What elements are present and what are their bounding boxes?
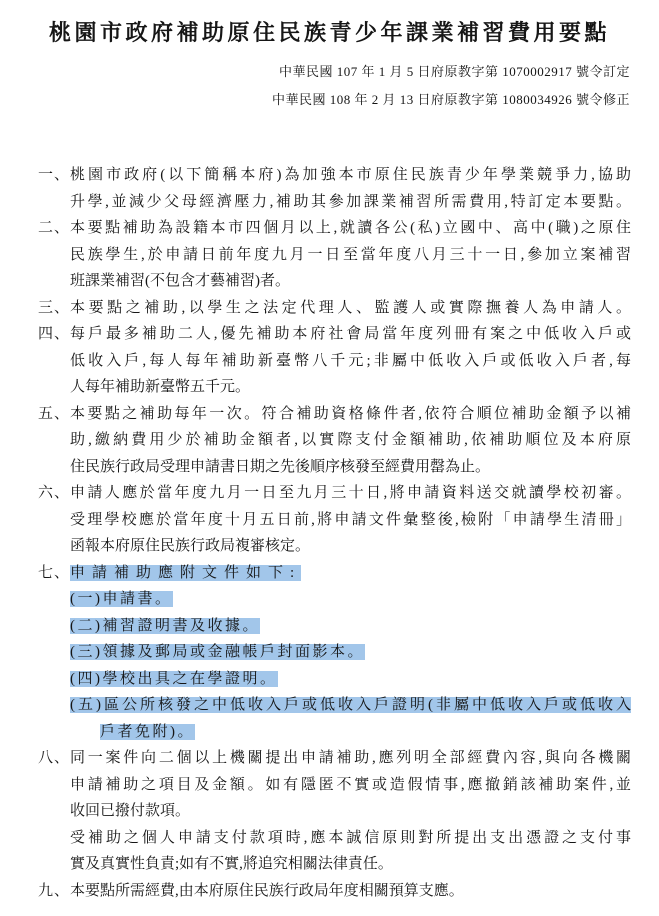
item-lines: 申請補助應附文件如下:(一)申請書。(二)補習證明書及收據。(三)領據及郵局或金… (70, 560, 631, 746)
regulation-item: 九、本要點所需經費,由本府原住民族行政局年度相關預算支應。 (38, 878, 631, 905)
item-number: 七、 (38, 560, 70, 746)
text-line: 每戶最多補助二人,優先補助本府社會局當年度列冊有案之中低收入戶或 (70, 321, 631, 348)
text-line: 申請補助應附文件如下: (70, 560, 631, 587)
text-line: 本要點補助為設籍本市四個月以上,就讀各公(私)立國中、高中(職)之原住 (70, 215, 631, 242)
item-lines: 申請人應於當年度九月一日至九月三十日,將申請資料送交就讀學校初審。受理學校應於當… (70, 480, 631, 560)
regulation-item: 五、本要點之補助每年一次。符合補助資格條件者,依符合順位補助金額予以補助,繳納費… (38, 401, 631, 481)
decree-line: 中華民國 107 年 1 月 5 日府原教字第 1070002917 號令訂定 (0, 58, 630, 86)
selected-text: 申請補助應附文件如下: (70, 565, 301, 581)
item-lines: 本要點所需經費,由本府原住民族行政局年度相關預算支應。 (70, 878, 631, 905)
item-number: 二、 (38, 215, 70, 295)
text-line: (二)補習證明書及收據。 (70, 613, 631, 640)
regulation-item: 一、桃園市政府(以下簡稱本府)為加強本市原住民族青少年學業競爭力,協助升學,並減… (38, 162, 631, 215)
decree-lines: 中華民國 107 年 1 月 5 日府原教字第 1070002917 號令訂定中… (0, 58, 630, 114)
selected-text: (五)區公所核發之中低收入戶或低收入戶證明(非屬中低收入戶或低收入 (70, 697, 631, 713)
text-line: 民族學生,於申請日前年度九月一日至當年度八月三十一日,參加立案補習 (70, 242, 631, 269)
item-number: 九、 (38, 878, 70, 905)
selected-text: (二)補習證明書及收據。 (70, 618, 260, 634)
text-line: 受理學校應於當年度十月五日前,將申請文件彙整後,檢附「申請學生清冊」 (70, 507, 631, 534)
text-line: (五)區公所核發之中低收入戶或低收入戶證明(非屬中低收入戶或低收入 (70, 692, 631, 719)
text-line: 收回已撥付款項。 (70, 798, 631, 825)
text-line: 低收入戶,每人每年補助新臺幣八千元;非屬中低收入戶或低收入戶者,每 (70, 348, 631, 375)
regulation-item: 八、同一案件向二個以上機關提出申請補助,應列明全部經費內容,與向各機關申請補助之… (38, 745, 631, 878)
item-lines: 每戶最多補助二人,優先補助本府社會局當年度列冊有案之中低收入戶或低收入戶,每人每… (70, 321, 631, 401)
text-line: 人每年補助新臺幣五千元。 (70, 374, 631, 401)
text-line: 桃園市政府(以下簡稱本府)為加強本市原住民族青少年學業競爭力,協助 (70, 162, 631, 189)
text-line: 本要點之補助每年一次。符合補助資格條件者,依符合順位補助金額予以補 (70, 401, 631, 428)
item-lines: 本要點之補助,以學生之法定代理人、監護人或實際撫養人為申請人。 (70, 295, 631, 322)
item-lines: 本要點之補助每年一次。符合補助資格條件者,依符合順位補助金額予以補助,繳納費用少… (70, 401, 631, 481)
decree-line: 中華民國 108 年 2 月 13 日府原教字第 1080034926 號令修正 (0, 86, 630, 114)
text-line: (一)申請書。 (70, 586, 631, 613)
selected-text: 戶者免附)。 (100, 724, 195, 740)
document-body: 一、桃園市政府(以下簡稱本府)為加強本市原住民族青少年學業競爭力,協助升學,並減… (38, 162, 631, 904)
item-lines: 桃園市政府(以下簡稱本府)為加強本市原住民族青少年學業競爭力,協助升學,並減少父… (70, 162, 631, 215)
text-line: (三)領據及郵局或金融帳戶封面影本。 (70, 639, 631, 666)
text-line: 申請人應於當年度九月一日至九月三十日,將申請資料送交就讀學校初審。 (70, 480, 631, 507)
text-line: 本要點所需經費,由本府原住民族行政局年度相關預算支應。 (70, 878, 631, 905)
document-title: 桃園市政府補助原住民族青少年課業補習費用要點 (0, 18, 659, 48)
selected-text: (三)領據及郵局或金融帳戶封面影本。 (70, 644, 365, 660)
text-line: 班課業補習(不包含才藝補習)者。 (70, 268, 631, 295)
text-line: 申請補助之項目及金額。如有隱匿不實或造假情事,應撤銷該補助案件,並 (70, 772, 631, 799)
text-line: 助,繳納費用少於補助金額者,以實際支付金額補助,依補助順位及本府原 (70, 427, 631, 454)
regulation-item: 四、每戶最多補助二人,優先補助本府社會局當年度列冊有案之中低收入戶或低收入戶,每… (38, 321, 631, 401)
selected-text: (一)申請書。 (70, 591, 173, 607)
item-number: 四、 (38, 321, 70, 401)
text-line: 住民族行政局受理申請書日期之先後順序核發至經費用罄為止。 (70, 454, 631, 481)
item-lines: 本要點補助為設籍本市四個月以上,就讀各公(私)立國中、高中(職)之原住民族學生,… (70, 215, 631, 295)
regulation-item: 六、申請人應於當年度九月一日至九月三十日,將申請資料送交就讀學校初審。受理學校應… (38, 480, 631, 560)
document-page: 桃園市政府補助原住民族青少年課業補習費用要點 中華民國 107 年 1 月 5 … (0, 0, 659, 916)
text-line: 升學,並減少父母經濟壓力,補助其參加課業補習所需費用,特訂定本要點。 (70, 189, 631, 216)
item-number: 八、 (38, 745, 70, 878)
text-line: 函報本府原住民族行政局複審核定。 (70, 533, 631, 560)
regulation-item: 七、申請補助應附文件如下:(一)申請書。(二)補習證明書及收據。(三)領據及郵局… (38, 560, 631, 746)
regulation-item: 二、本要點補助為設籍本市四個月以上,就讀各公(私)立國中、高中(職)之原住民族學… (38, 215, 631, 295)
text-line: 實及真實性負責;如有不實,將追究相關法律責任。 (70, 851, 631, 878)
item-lines: 同一案件向二個以上機關提出申請補助,應列明全部經費內容,與向各機關申請補助之項目… (70, 745, 631, 878)
item-number: 一、 (38, 162, 70, 215)
text-line: 本要點之補助,以學生之法定代理人、監護人或實際撫養人為申請人。 (70, 295, 631, 322)
item-number: 五、 (38, 401, 70, 481)
text-line: 受補助之個人申請支付款項時,應本誠信原則對所提出支出憑證之支付事 (70, 825, 631, 852)
regulation-item: 三、本要點之補助,以學生之法定代理人、監護人或實際撫養人為申請人。 (38, 295, 631, 322)
text-line: 同一案件向二個以上機關提出申請補助,應列明全部經費內容,與向各機關 (70, 745, 631, 772)
selected-text: (四)學校出具之在學證明。 (70, 671, 278, 687)
item-number: 三、 (38, 295, 70, 322)
text-line: (四)學校出具之在學證明。 (70, 666, 631, 693)
item-number: 六、 (38, 480, 70, 560)
text-line: 戶者免附)。 (70, 719, 631, 746)
